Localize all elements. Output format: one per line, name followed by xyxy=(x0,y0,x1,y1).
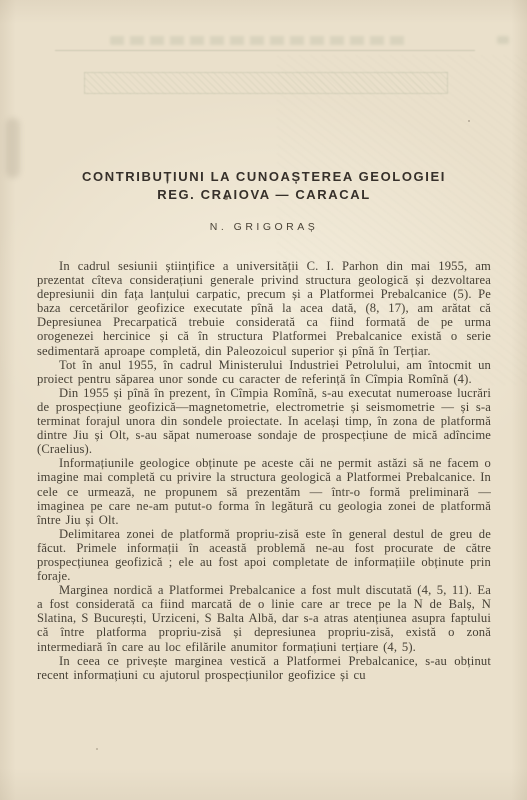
paragraph: Informațiunile geologice obținute pe ace… xyxy=(37,456,491,526)
paragraph: Marginea nordică a Platformei Prebalcani… xyxy=(37,583,491,653)
article-body: In cadrul sesiunii științifice a univers… xyxy=(37,259,491,682)
paragraph: Din 1955 și pînă în prezent, în Cîmpia R… xyxy=(37,386,491,456)
ink-speck xyxy=(96,748,98,750)
paragraph: Delimitarea zonei de platformă propriu-z… xyxy=(37,527,491,583)
paragraph: In cadrul sesiunii științifice a univers… xyxy=(37,259,491,358)
page-content: CONTRIBUȚIUNI LA CUNOAȘTEREA GEOLOGIEI R… xyxy=(0,0,527,682)
article-title-line2: REG. CRAIOVA — CARACAL xyxy=(157,187,371,202)
author-name: N. GRIGORAȘ xyxy=(37,221,491,233)
paragraph: Tot în anul 1955, în cadrul Ministerului… xyxy=(37,358,491,386)
article-title: CONTRIBUȚIUNI LA CUNOAȘTEREA GEOLOGIEI R… xyxy=(37,168,491,204)
paragraph: In ceea ce privește marginea vestică a P… xyxy=(37,654,491,682)
scanned-paper-page: CONTRIBUȚIUNI LA CUNOAȘTEREA GEOLOGIEI R… xyxy=(0,0,527,800)
article-title-line1: CONTRIBUȚIUNI LA CUNOAȘTEREA GEOLOGIEI xyxy=(82,169,446,184)
